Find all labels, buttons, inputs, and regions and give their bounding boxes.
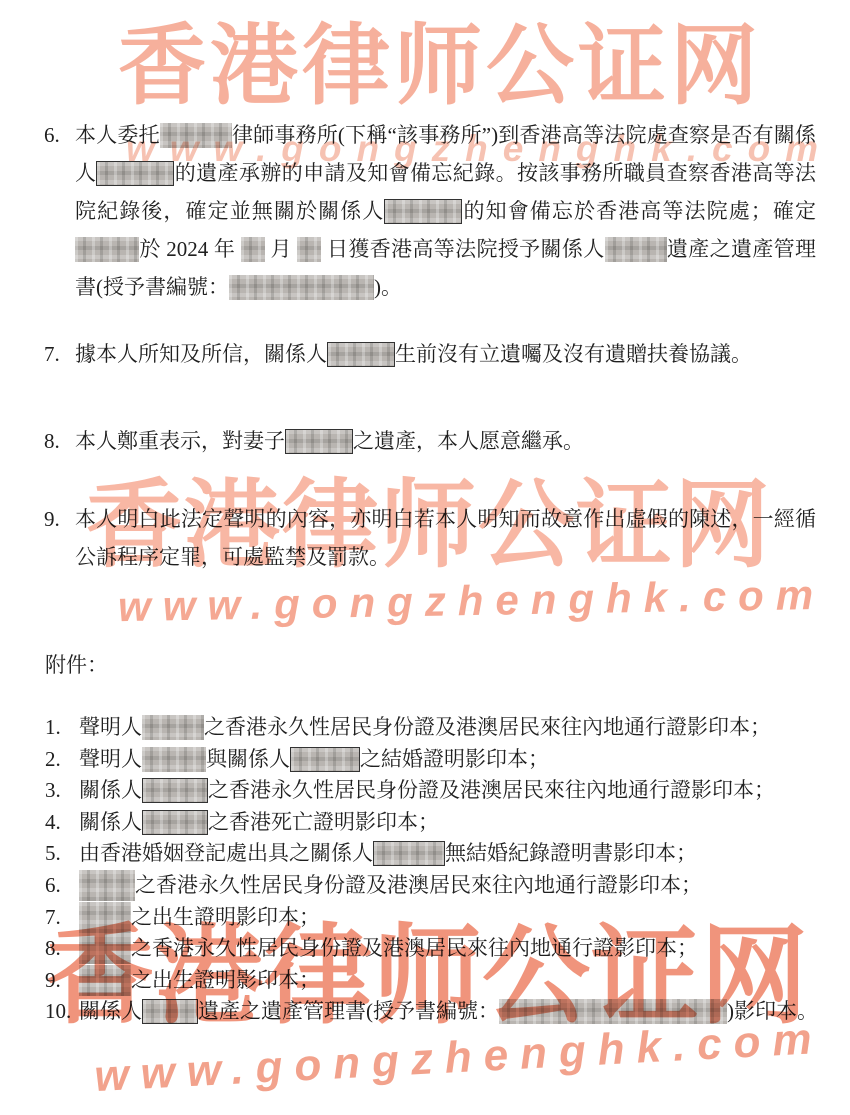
text-run: 無結婚紀錄證明書影印本；	[445, 841, 697, 865]
redacted-name-block	[142, 810, 208, 835]
redacted-name-block	[142, 747, 206, 772]
attachment-item: 10.關係人遺產之遺產管理書(授予書編號：)影印本。	[45, 996, 832, 1028]
item-text: 關係人之香港死亡證明影印本；	[79, 807, 832, 839]
attachment-item: 3.關係人之香港永久性居民身份證及港澳居民來往內地通行證影印本；	[45, 775, 832, 807]
text-run: 與關係人	[206, 747, 290, 771]
item-text: 聲明人之香港永久性居民身份證及港澳居民來往內地通行證影印本；	[79, 712, 832, 744]
text-run: )。	[374, 275, 402, 299]
item-number: 3.	[45, 775, 79, 807]
text-run: 於 2024 年	[139, 237, 241, 261]
item-number: 9.	[45, 965, 79, 997]
redacted-name-block	[229, 275, 374, 300]
attachment-item: 8.之香港永久性居民身份證及港澳居民來往內地通行證影印本；	[45, 933, 832, 965]
attachment-item: 6.之香港永久性居民身份證及港澳居民來往內地通行證影印本；	[45, 870, 832, 902]
text-run: 之香港永久性居民身份證及港澳居民來往內地通行證影印本；	[135, 873, 702, 897]
redacted-name-block	[241, 237, 265, 262]
item-text: 據本人所知及所信，關係人生前沒有立遺囑及沒有遺贈扶養協議。	[75, 335, 816, 373]
text-run: 關係人	[79, 810, 142, 834]
redacted-name-block	[79, 933, 131, 964]
item-number: 8.	[45, 933, 79, 965]
item-number: 6.	[44, 116, 75, 306]
redacted-name-block	[290, 747, 360, 772]
redacted-name-block	[160, 123, 232, 148]
item-number: 1.	[45, 712, 79, 744]
redacted-name-block	[373, 841, 445, 866]
watermark-site-name-top: 香港律师公证网	[118, 22, 762, 110]
item-text: 由香港婚姻登記處出具之關係人無結婚紀錄證明書影印本；	[79, 838, 832, 870]
item-number: 4.	[45, 807, 79, 839]
redacted-name-block	[499, 999, 727, 1024]
statement-paragraph: 6.本人委托律師事務所(下稱“該事務所”)到香港高等法院處查察是否有關係人的遺產…	[44, 116, 816, 306]
attachment-item: 2.聲明人與關係人之結婚證明影印本；	[45, 744, 832, 776]
redacted-name-block	[79, 902, 131, 933]
redacted-name-block	[75, 237, 139, 262]
attachment-item: 9.之出生證明影印本；	[45, 965, 832, 997]
statement-paragraph: 9.本人明白此法定聲明的內容，亦明白若本人明知而故意作出虛假的陳述，一經循公訴程…	[44, 500, 816, 576]
text-run: 本人明白此法定聲明的內容，亦明白若本人明知而故意作出虛假的陳述，一經循公訴程序定…	[75, 507, 816, 569]
redacted-name-block	[96, 161, 174, 186]
text-run: 之結婚證明影印本；	[360, 747, 549, 771]
redacted-name-block	[142, 778, 208, 803]
text-run: 月	[265, 237, 298, 261]
redacted-name-block	[79, 965, 131, 996]
redacted-name-block	[142, 715, 204, 740]
item-number: 10.	[45, 996, 79, 1028]
attachment-item: 4.關係人之香港死亡證明影印本；	[45, 807, 832, 839]
text-run: 關係人	[79, 778, 142, 802]
item-text: 本人鄭重表示，對妻子之遺產，本人愿意繼承。	[75, 422, 816, 460]
text-run: )影印本。	[727, 999, 818, 1023]
text-run: 之香港永久性居民身份證及港澳居民來往內地通行證影印本；	[131, 936, 698, 960]
item-number: 5.	[45, 838, 79, 870]
text-run: 本人委托	[75, 123, 160, 147]
item-number: 9.	[44, 500, 75, 576]
item-text: 關係人之香港永久性居民身份證及港澳居民來往內地通行證影印本；	[79, 775, 832, 807]
attachment-item: 5.由香港婚姻登記處出具之關係人無結婚紀錄證明書影印本；	[45, 838, 832, 870]
item-text: 本人明白此法定聲明的內容，亦明白若本人明知而故意作出虛假的陳述，一經循公訴程序定…	[75, 500, 816, 576]
item-text: 之香港永久性居民身份證及港澳居民來往內地通行證影印本；	[79, 933, 832, 965]
scanned-declaration-page: 香港律师公证网 www.gongzhenghk.com 香港律师公证网 www.…	[0, 0, 850, 1115]
item-number: 7.	[45, 902, 79, 934]
watermark-site-url-bottom: www.gongzhenghk.com	[93, 1017, 824, 1099]
text-run: 本人鄭重表示，對妻子	[75, 429, 285, 453]
item-text: 聲明人與關係人之結婚證明影印本；	[79, 744, 832, 776]
statement-paragraph: 8.本人鄭重表示，對妻子之遺產，本人愿意繼承。	[44, 422, 816, 460]
attachments-list: 1.聲明人之香港永久性居民身份證及港澳居民來往內地通行證影印本；2.聲明人與關係…	[45, 712, 832, 1028]
text-run: 生前沒有立遺囑及沒有遺贈扶養協議。	[395, 342, 752, 366]
text-run: 聲明人	[79, 747, 142, 771]
redacted-name-block	[384, 199, 462, 224]
item-text: 關係人遺產之遺產管理書(授予書編號：)影印本。	[79, 996, 832, 1028]
item-text: 之出生證明影印本；	[79, 902, 832, 934]
redacted-name-block	[297, 237, 321, 262]
item-text: 之香港永久性居民身份證及港澳居民來往內地通行證影印本；	[79, 870, 832, 902]
text-run: 遺產之遺產管理書(授予書編號：	[198, 999, 499, 1023]
text-run: 之香港永久性居民身份證及港澳居民來往內地通行證影印本；	[208, 778, 775, 802]
statement-paragraph: 7.據本人所知及所信，關係人生前沒有立遺囑及沒有遺贈扶養協議。	[44, 335, 816, 373]
text-run: 日獲香港高等法院授予關係人	[321, 237, 604, 261]
redacted-name-block	[327, 342, 395, 367]
redacted-name-block	[79, 870, 135, 901]
text-run: 的知會備忘於香港高等法院處；確定	[462, 199, 816, 223]
redacted-name-block	[605, 237, 667, 262]
item-text: 本人委托律師事務所(下稱“該事務所”)到香港高等法院處查察是否有關係人的遺產承辦…	[75, 116, 816, 306]
text-run: 之遺產，本人愿意繼承。	[353, 429, 584, 453]
item-number: 2.	[45, 744, 79, 776]
item-number: 6.	[45, 870, 79, 902]
item-text: 之出生證明影印本；	[79, 965, 832, 997]
attachment-item: 7.之出生證明影印本；	[45, 902, 832, 934]
redacted-name-block	[142, 999, 198, 1024]
text-run: 之出生證明影印本；	[131, 968, 320, 992]
text-run: 據本人所知及所信，關係人	[75, 342, 327, 366]
watermark-site-url-middle: www.gongzhenghk.com	[118, 574, 826, 628]
text-run: 聲明人	[79, 715, 142, 739]
redacted-name-block	[285, 429, 353, 454]
text-run: 由香港婚姻登記處出具之關係人	[79, 841, 373, 865]
text-run: 關係人	[79, 999, 142, 1023]
text-run: 之香港永久性居民身份證及港澳居民來往內地通行證影印本；	[204, 715, 771, 739]
statement-paragraphs: 6.本人委托律師事務所(下稱“該事務所”)到香港高等法院處查察是否有關係人的遺產…	[44, 116, 816, 576]
attachments-heading: 附件：	[45, 650, 108, 680]
item-number: 7.	[44, 335, 75, 373]
attachment-item: 1.聲明人之香港永久性居民身份證及港澳居民來往內地通行證影印本；	[45, 712, 832, 744]
text-run: 之出生證明影印本；	[131, 905, 320, 929]
text-run: 之香港死亡證明影印本；	[208, 810, 439, 834]
item-number: 8.	[44, 422, 75, 460]
